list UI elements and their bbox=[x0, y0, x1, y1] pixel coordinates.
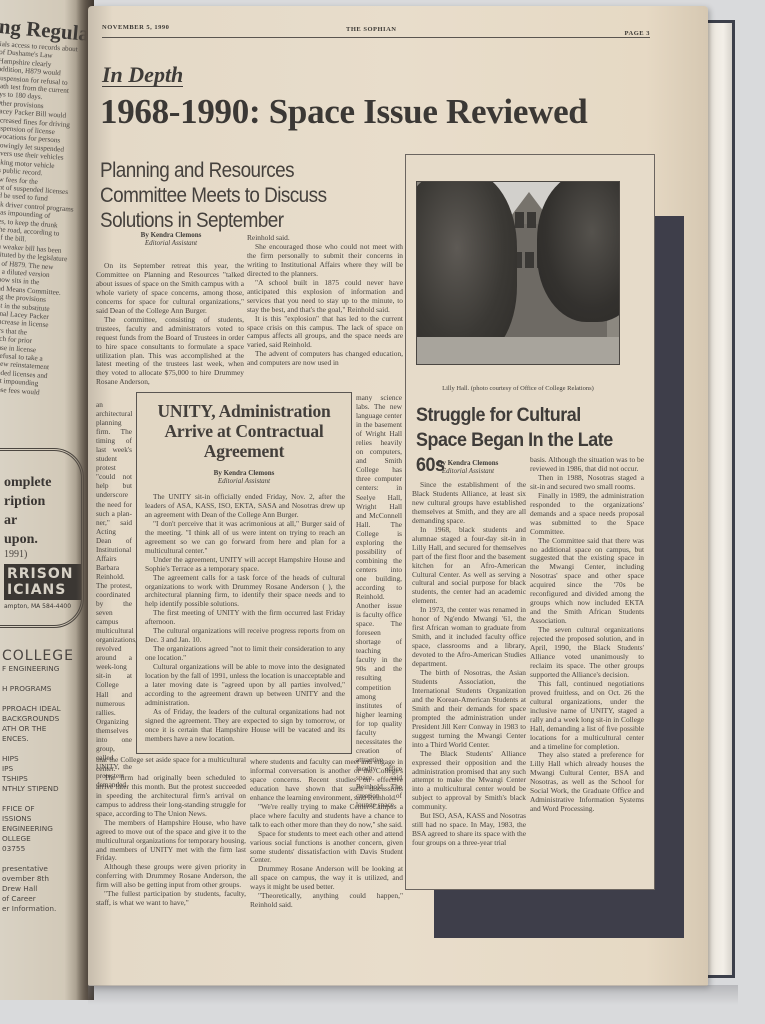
ad-line: ription bbox=[4, 492, 81, 511]
issue-date: NOVEMBER 5, 1990 bbox=[102, 24, 169, 31]
paragraph: The Committee said that there was no add… bbox=[530, 537, 644, 627]
struggle-article-column-2: basis. Although the situation was to be … bbox=[530, 456, 644, 814]
paragraph: The first meeting of UNITY with the firm… bbox=[145, 609, 345, 627]
ad-brand-line: ICIANS bbox=[7, 582, 78, 598]
planning-article-column-1: On its September retreat this year, the … bbox=[96, 262, 244, 387]
paragraph: Finally in 1989, the administration resp… bbox=[530, 492, 644, 537]
paragraph: Since the establishment of the Black Stu… bbox=[412, 481, 526, 526]
paragraph: They also stated a preference for Lilly … bbox=[530, 751, 644, 814]
paragraph: Space for students to meet each other an… bbox=[250, 830, 403, 866]
planning-article-narrow-column: an architectural planning firm. The timi… bbox=[96, 400, 132, 789]
paragraph: This fall, continued negotiations proved… bbox=[530, 680, 644, 752]
byline-title: Editorial Assistant bbox=[412, 467, 524, 475]
planning-article-narrow-column-right: many science labs. The new language cent… bbox=[356, 393, 402, 809]
paragraph: In 1973, the center was renamed in honor… bbox=[412, 606, 526, 669]
paragraph: The advent of computers has changed educ… bbox=[247, 350, 403, 368]
unity-article-byline: By Kendra Clemons Editorial Assistant bbox=[137, 469, 351, 485]
paragraph: On its September retreat this year, the … bbox=[96, 262, 244, 316]
paragraph: She encouraged those who could not meet … bbox=[247, 243, 403, 279]
paragraph: The birth of Nosotras, the Asian Student… bbox=[412, 669, 526, 750]
paragraph: The organizations agreed "not to limit t… bbox=[145, 645, 345, 663]
running-head: NOVEMBER 5, 1990 THE SOPHIAN PAGE 3 bbox=[102, 24, 650, 38]
struggle-article-column-1: Since the establishment of the Black Stu… bbox=[412, 481, 526, 848]
paragraph: "We're really trying to make Center Camp… bbox=[250, 803, 403, 830]
paragraph: The UNITY sit-in officially ended Friday… bbox=[145, 493, 345, 520]
paragraph: In 1968, black students and alumnae stag… bbox=[412, 526, 526, 607]
paragraph: Then in 1988, Nosotras staged a sit-in a… bbox=[530, 474, 644, 492]
ad-brand-line: RRISON bbox=[7, 566, 78, 582]
paragraph: The Black Students' Alliance expressed t… bbox=[412, 750, 526, 813]
paragraph: "I don't perceive that it was acrimoniou… bbox=[145, 520, 345, 556]
unity-article-body: The UNITY sit-in officially ended Friday… bbox=[145, 493, 345, 744]
struggle-article-byline: By Kendra Clemons Editorial Assistant bbox=[412, 459, 524, 475]
paragraph: Under the agreement, UNITY will accept H… bbox=[145, 556, 345, 574]
planning-article-byline: By Kendra Clemons Editorial Assistant bbox=[106, 231, 236, 247]
newspaper-page: NOVEMBER 5, 1990 THE SOPHIAN PAGE 3 In D… bbox=[88, 6, 708, 986]
planning-article-continuation-1: that the College set aside space for a m… bbox=[96, 756, 246, 908]
byline-title: Editorial Assistant bbox=[106, 239, 236, 247]
ad-address: ampton, MA 584-4400 bbox=[4, 603, 81, 610]
paragraph: The cultural organizations will receive … bbox=[145, 627, 345, 645]
page-number: PAGE 3 bbox=[625, 30, 650, 37]
paragraph: "Theoretically, anything could happen," … bbox=[250, 892, 403, 910]
byline-title: Editorial Assistant bbox=[137, 477, 351, 485]
paragraph: The members of Hampshire House, who have… bbox=[96, 819, 246, 864]
ad-line: omplete bbox=[4, 473, 81, 492]
paragraph: But ISO, ASA, KASS and Nosotras still ha… bbox=[412, 812, 526, 848]
ad-brand-logo: RRISON ICIANS bbox=[4, 564, 81, 600]
paragraph: where students and faculty can meet and … bbox=[250, 758, 403, 803]
paragraph: The committee, consisting of students, t… bbox=[96, 316, 244, 388]
paragraph: It is this "explosion" that has led to t… bbox=[247, 315, 403, 351]
optician-ad: omplete ription ar upon. 1991) RRISON IC… bbox=[0, 448, 84, 628]
page-shadow bbox=[88, 985, 738, 1005]
ad-year: 1991) bbox=[4, 549, 81, 560]
paragraph: The agreement calls for a task force of … bbox=[145, 574, 345, 610]
paragraph: "The fullest participation by students, … bbox=[96, 890, 246, 908]
paragraph: The firm had originally been scheduled t… bbox=[96, 774, 246, 819]
ad-line: upon. bbox=[4, 530, 81, 549]
struggle-article-box: Lilly Hall. (photo courtesy of Office of… bbox=[405, 154, 655, 890]
paragraph: Although these groups were given priorit… bbox=[96, 863, 246, 890]
planning-article-column-2: Reinhold said. She encouraged those who … bbox=[247, 234, 403, 368]
main-headline: 1968-1990: Space Issue Reviewed bbox=[100, 92, 587, 132]
paragraph: that the College set aside space for a m… bbox=[96, 756, 246, 774]
unity-article-box: UNITY, Administration Arrive at Contract… bbox=[136, 392, 352, 754]
ad-line: ar bbox=[4, 511, 81, 530]
paragraph: Drummey Rosane Anderson will be looking … bbox=[250, 865, 403, 892]
byline-author: By Kendra Clemons bbox=[412, 459, 524, 467]
paragraph: basis. Although the situation was to be … bbox=[530, 456, 644, 474]
paragraph: As of Friday, the leaders of the cultura… bbox=[145, 708, 345, 744]
byline-author: By Kendra Clemons bbox=[106, 231, 236, 239]
paragraph: The seven cultural organizations rejecte… bbox=[530, 626, 644, 680]
unity-article-headline: UNITY, Administration Arrive at Contract… bbox=[143, 401, 345, 461]
byline-author: By Kendra Clemons bbox=[137, 469, 351, 477]
section-kicker: In Depth bbox=[102, 64, 183, 87]
photo-caption: Lilly Hall. (photo courtesy of Office of… bbox=[416, 385, 620, 392]
planning-article-headline: Planning and Resources Committee Meets t… bbox=[100, 158, 379, 233]
paragraph: Cultural organizations will be able to m… bbox=[145, 663, 345, 708]
newspaper-name: THE SOPHIAN bbox=[346, 26, 396, 33]
paragraph: "A school built in 1875 could never have… bbox=[247, 279, 403, 315]
lilly-hall-photo bbox=[416, 181, 620, 365]
planning-article-continuation-2: where students and faculty can meet and … bbox=[250, 758, 403, 910]
